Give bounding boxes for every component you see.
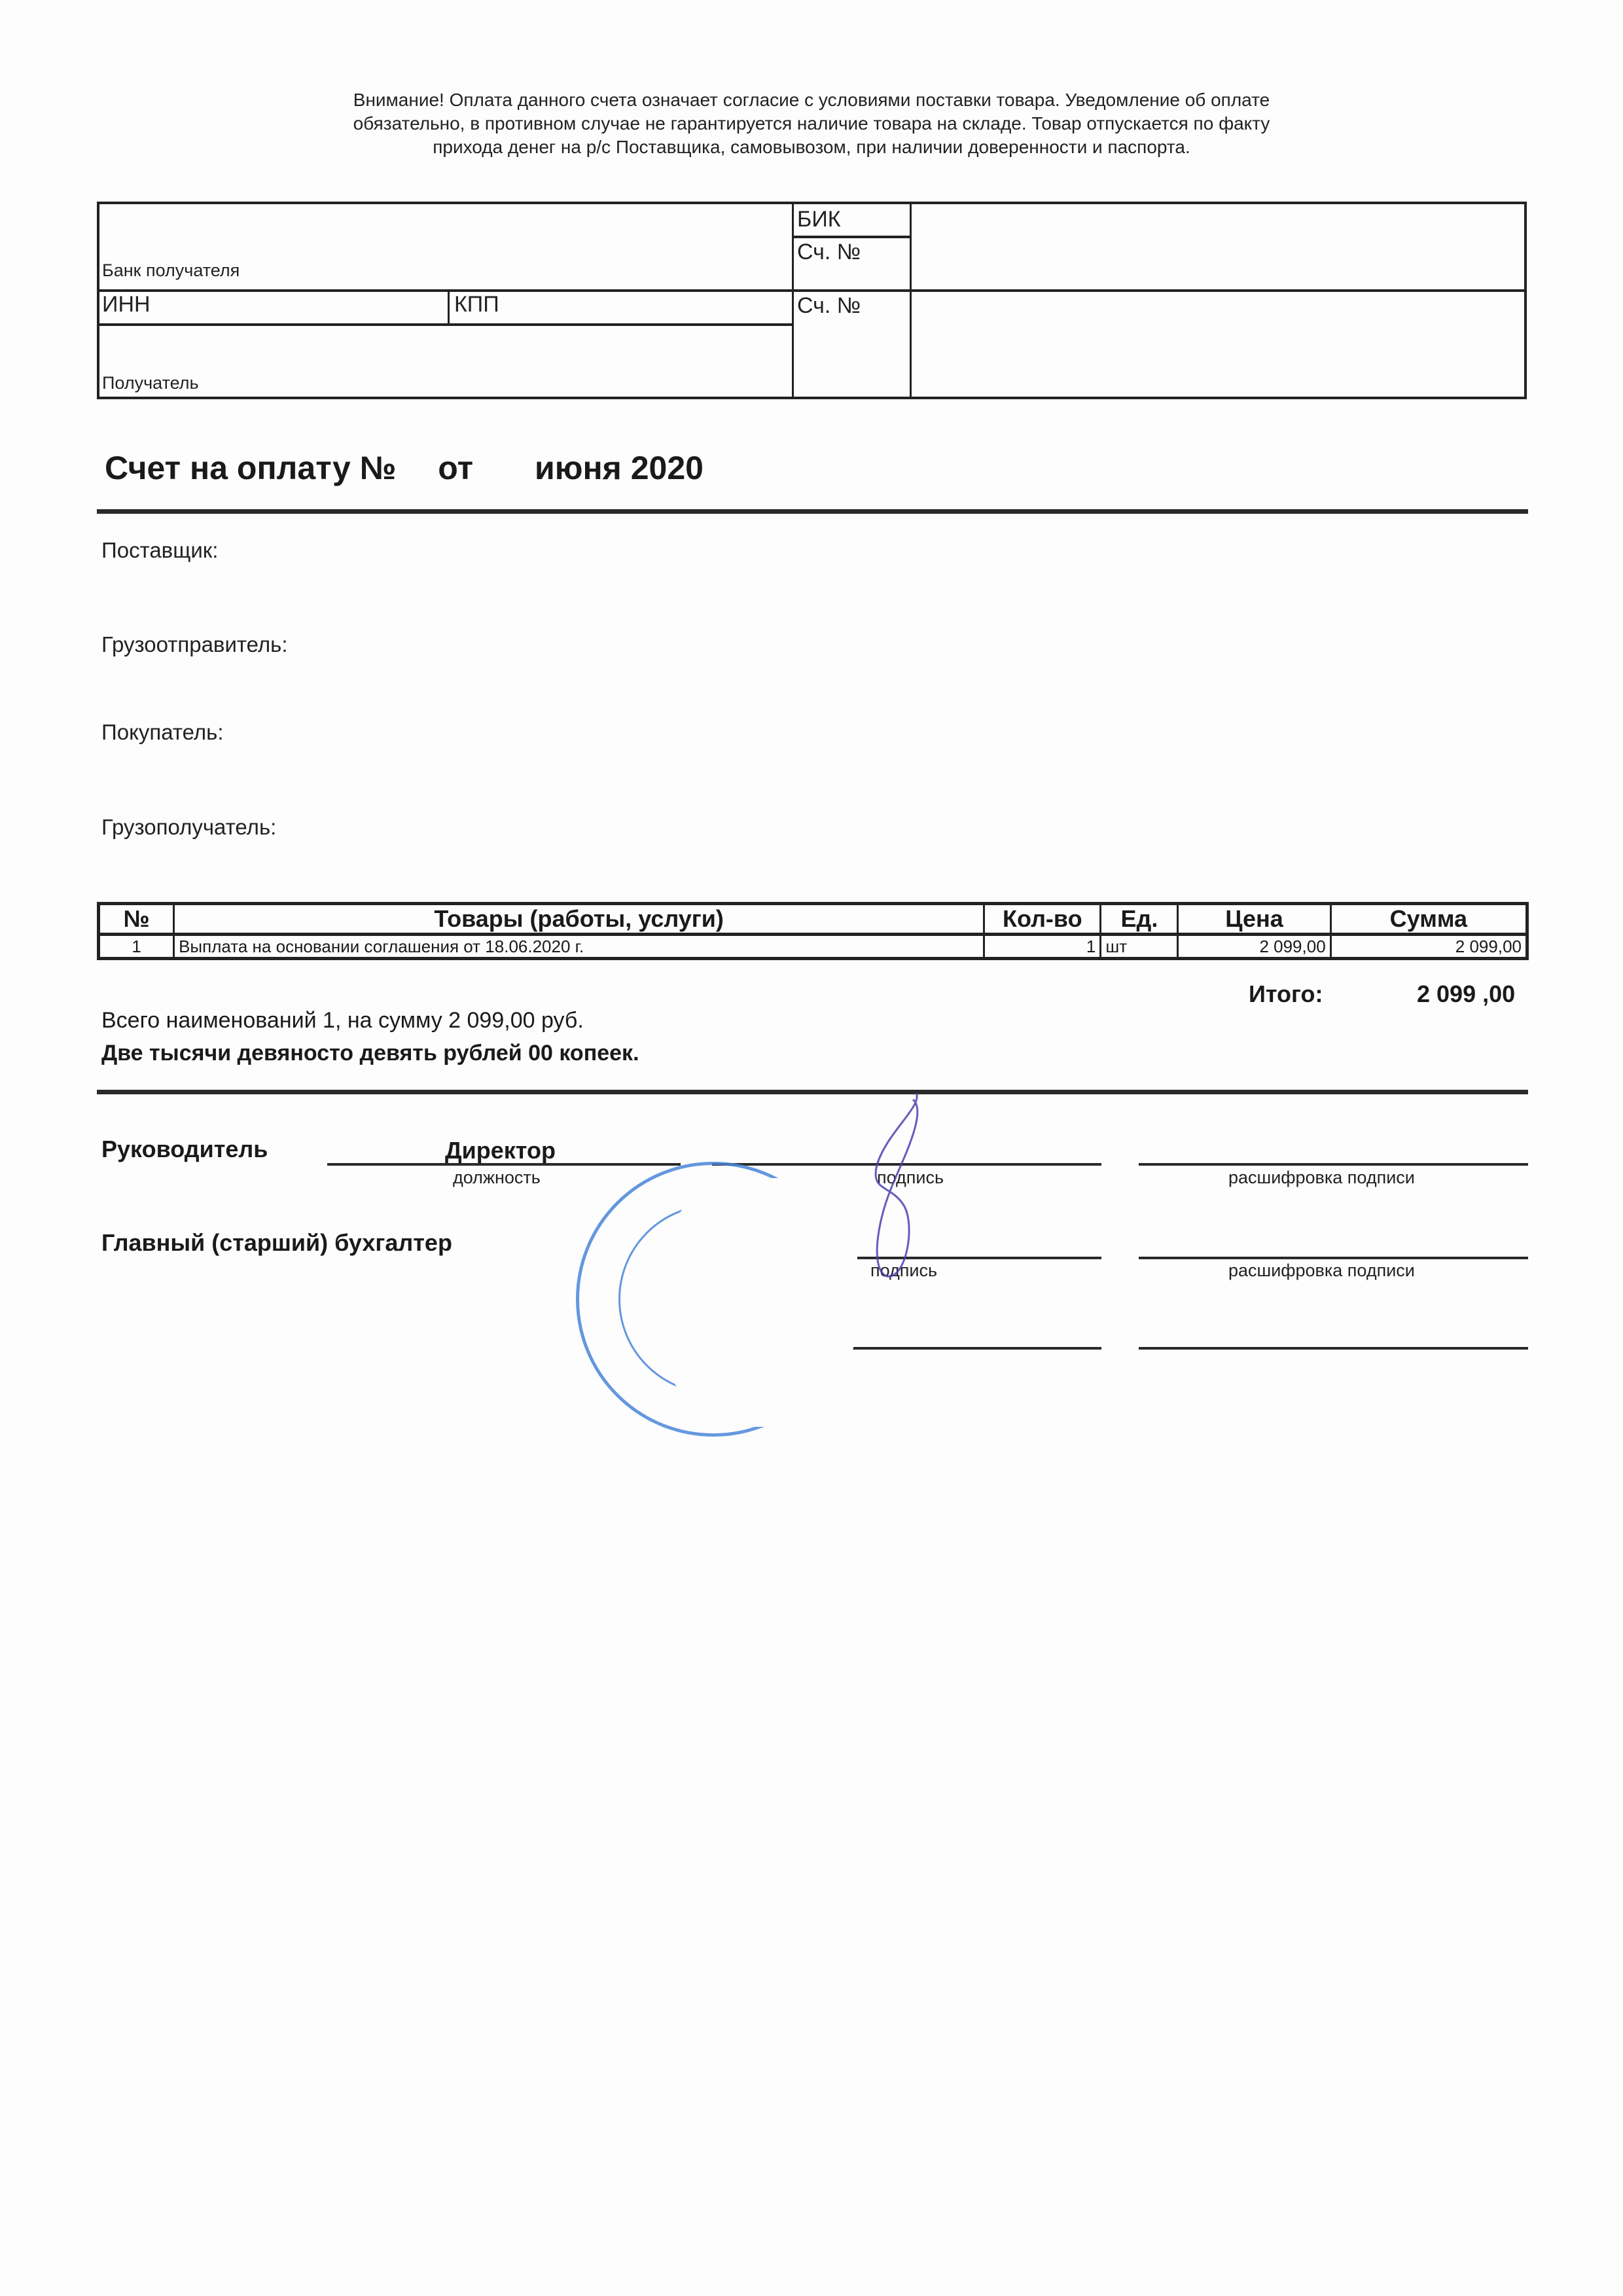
head-decode-caption: расшифровка подписи bbox=[1228, 1168, 1415, 1188]
notice-line-2: обязательно, в противном случае не гаран… bbox=[275, 112, 1348, 135]
table-header-row: № Товары (работы, услуги) Кол-во Ед. Цен… bbox=[99, 904, 1527, 935]
inn-label: ИНН bbox=[102, 292, 151, 317]
table-row: 1 Выплата на основании соглашения от 18.… bbox=[99, 935, 1527, 959]
row-price: 2 099,00 bbox=[1178, 935, 1330, 959]
head-position: Директор bbox=[445, 1137, 556, 1164]
amount-in-words: Две тысячи девяносто девять рублей 00 ко… bbox=[101, 1041, 639, 1066]
items-table: № Товары (работы, услуги) Кол-во Ед. Цен… bbox=[97, 902, 1529, 960]
col-price: Цена bbox=[1178, 904, 1330, 935]
head-decode-line bbox=[1139, 1163, 1528, 1166]
invoice-title-date: июня 2020 bbox=[535, 449, 704, 487]
invoice-title-prefix: Счет на оплату № bbox=[105, 449, 396, 487]
row-unit: шт bbox=[1101, 935, 1178, 959]
bik-label: БИК bbox=[797, 207, 841, 232]
divider bbox=[448, 289, 450, 323]
summary-rule bbox=[97, 1090, 1528, 1094]
col-goods: Товары (работы, услуги) bbox=[174, 904, 984, 935]
correspondent-account-label: Сч. № bbox=[797, 240, 861, 265]
kpp-label: КПП bbox=[454, 292, 499, 317]
extra-decode-line bbox=[1139, 1347, 1528, 1350]
total-value: 2 099 ,00 bbox=[1417, 980, 1515, 1008]
head-label: Руководитель bbox=[101, 1136, 268, 1163]
row-sum: 2 099,00 bbox=[1330, 935, 1527, 959]
signature-icon bbox=[851, 1093, 942, 1289]
position-line bbox=[327, 1163, 681, 1166]
bank-recipient-label: Банк получателя bbox=[102, 260, 240, 281]
col-sum: Сумма bbox=[1330, 904, 1527, 935]
title-rule bbox=[97, 509, 1528, 514]
divider bbox=[99, 323, 792, 326]
bank-details-table: Банк получателя БИК Сч. № ИНН КПП Сч. № … bbox=[97, 202, 1527, 399]
summary-line: Всего наименований 1, на сумму 2 099,00 … bbox=[101, 1008, 584, 1033]
divider bbox=[910, 204, 912, 397]
consignee-label: Грузополучатель: bbox=[101, 815, 276, 840]
notice-line-1: Внимание! Оплата данного счета означает … bbox=[275, 88, 1348, 112]
settlement-account-label: Сч. № bbox=[797, 293, 861, 319]
divider bbox=[792, 204, 794, 397]
notice-line-3: прихода денег на р/с Поставщика, самовыв… bbox=[275, 135, 1348, 159]
invoice-title-from: от bbox=[438, 449, 473, 487]
shipper-label: Грузоотправитель: bbox=[101, 632, 288, 657]
col-quantity: Кол-во bbox=[984, 904, 1101, 935]
buyer-label: Покупатель: bbox=[101, 720, 224, 745]
row-number: 1 bbox=[99, 935, 174, 959]
col-unit: Ед. bbox=[1101, 904, 1178, 935]
invoice-title: Счет на оплату № от июня 2020 bbox=[105, 449, 704, 487]
total-label: Итого: bbox=[1249, 980, 1323, 1008]
divider bbox=[99, 289, 1524, 292]
col-number: № bbox=[99, 904, 174, 935]
position-caption: должность bbox=[453, 1168, 541, 1188]
stamp-redaction bbox=[661, 1178, 857, 1427]
recipient-label: Получатель bbox=[102, 373, 199, 393]
row-goods: Выплата на основании соглашения от 18.06… bbox=[174, 935, 984, 959]
accountant-decode-caption: расшифровка подписи bbox=[1228, 1261, 1415, 1281]
accountant-decode-line bbox=[1139, 1257, 1528, 1259]
accountant-label: Главный (старший) бухгалтер bbox=[101, 1229, 452, 1257]
row-quantity: 1 bbox=[984, 935, 1101, 959]
supplier-label: Поставщик: bbox=[101, 538, 218, 563]
divider bbox=[792, 236, 910, 238]
payment-notice: Внимание! Оплата данного счета означает … bbox=[275, 88, 1348, 159]
